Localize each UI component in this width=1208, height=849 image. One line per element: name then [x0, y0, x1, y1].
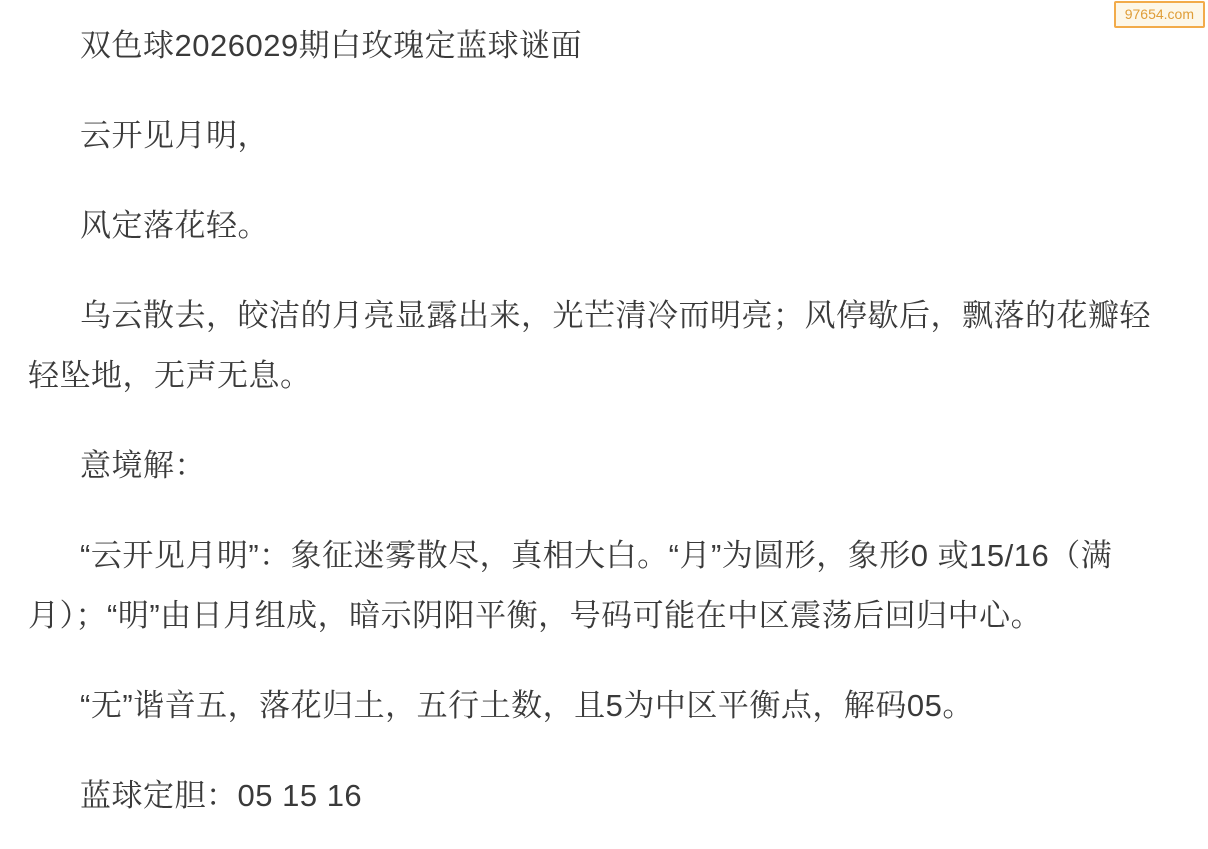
watermark-text: 97654.com — [1125, 6, 1194, 22]
article-page: { "page": { "background": "#ffffff", "te… — [0, 0, 1208, 849]
interpretation-paragraph-2: “无”谐音五，落花归土，五行土数，且5为中区平衡点，解码05。 — [28, 676, 1180, 736]
poem-line-1: 云开见月明， — [28, 106, 1180, 166]
blue-ball-picks: 蓝球定胆：05 15 16 — [28, 766, 1180, 826]
interpretation-paragraph-1: “云开见月明”：象征迷雾散尽，真相大白。“月”为圆形，象形0 或15/16（满月… — [28, 526, 1180, 646]
article-title: 双色球2026029期白玫瑰定蓝球谜面 — [28, 16, 1180, 76]
article-content: 双色球2026029期白玫瑰定蓝球谜面 云开见月明， 风定落花轻。 乌云散去，皎… — [0, 0, 1208, 826]
scene-description: 乌云散去，皎洁的月亮显露出来，光芒清冷而明亮；风停歇后，飘落的花瓣轻轻坠地，无声… — [28, 286, 1180, 406]
watermark-badge: 97654.com — [1114, 1, 1205, 28]
poem-line-2: 风定落花轻。 — [28, 196, 1180, 256]
interpretation-heading: 意境解： — [28, 436, 1180, 496]
